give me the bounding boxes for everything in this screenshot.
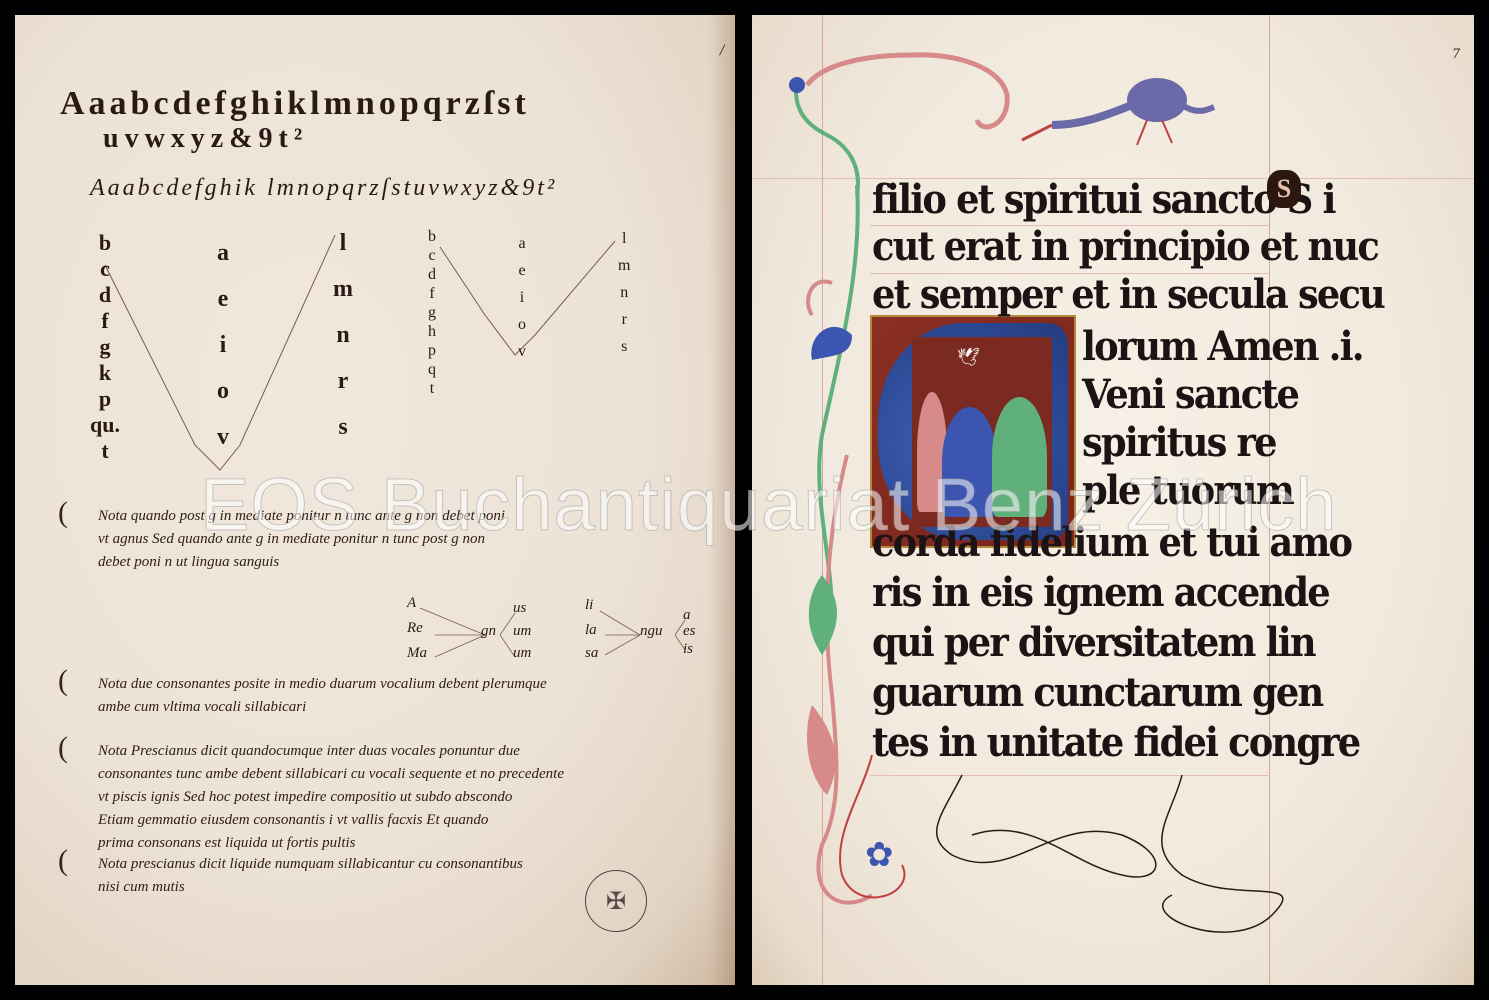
syllable-prefix: la xyxy=(585,622,597,639)
syllable-prefix: Ma xyxy=(407,645,427,662)
paragraph-mark-icon: ( xyxy=(58,849,68,872)
text-line: filio et spiritui sancto S i xyxy=(872,180,1335,220)
syllable-diagram-lines xyxy=(15,15,735,715)
note-paragraph-2: ( Nota due consonantes posite in medio d… xyxy=(60,673,547,719)
syllable-stem: gn xyxy=(481,623,496,640)
paragraph-mark-icon: ( xyxy=(58,736,68,759)
syllable-suffix: es xyxy=(683,623,696,640)
syllable-prefix: Re xyxy=(407,620,423,637)
syllable-prefix: A xyxy=(407,595,416,612)
syllable-suffix: is xyxy=(683,641,693,658)
syllable-stem: ngu xyxy=(640,623,663,640)
text-line: qui per diversitatem lin xyxy=(872,623,1315,663)
dove-icon: 🕊 xyxy=(957,347,980,368)
text-line: ris in eis ignem accende xyxy=(872,573,1329,613)
text-line: spiritus re xyxy=(1082,423,1276,463)
syllable-suffix: us xyxy=(513,600,526,617)
text-line: lorum Amen .i. xyxy=(1082,327,1363,367)
folio-mark: / xyxy=(720,43,724,58)
folio-number: 7 xyxy=(1452,47,1460,62)
library-stamp: ✠ xyxy=(585,870,647,932)
note-paragraph-4: ( Nota prescianus dicit liquide numquam … xyxy=(60,853,523,899)
text-line: cut erat in principio et nuc xyxy=(872,227,1378,267)
syllable-suffix: a xyxy=(683,607,691,624)
note-paragraph-3: ( Nota Prescianus dicit quandocumque int… xyxy=(60,740,564,855)
double-eagle-icon: ✠ xyxy=(606,887,626,915)
blue-flower-icon: ✿ xyxy=(865,835,894,875)
syllable-suffix: um xyxy=(513,623,531,640)
text-line: tes in unitate fidei congre xyxy=(872,723,1359,763)
syllable-prefix: sa xyxy=(585,645,598,662)
paragraph-mark-icon: ( xyxy=(58,669,68,692)
text-line: Veni sancte xyxy=(1082,375,1298,415)
small-initial-s: S xyxy=(1267,170,1301,208)
text-line: guarum cunctarum gen xyxy=(872,673,1322,713)
watermark: EOS Buchantiquariat Benz Zürich xyxy=(200,462,1337,547)
syllable-suffix: um xyxy=(513,645,531,662)
syllable-prefix: li xyxy=(585,597,593,614)
text-line: et semper et in secula secu xyxy=(872,275,1384,315)
